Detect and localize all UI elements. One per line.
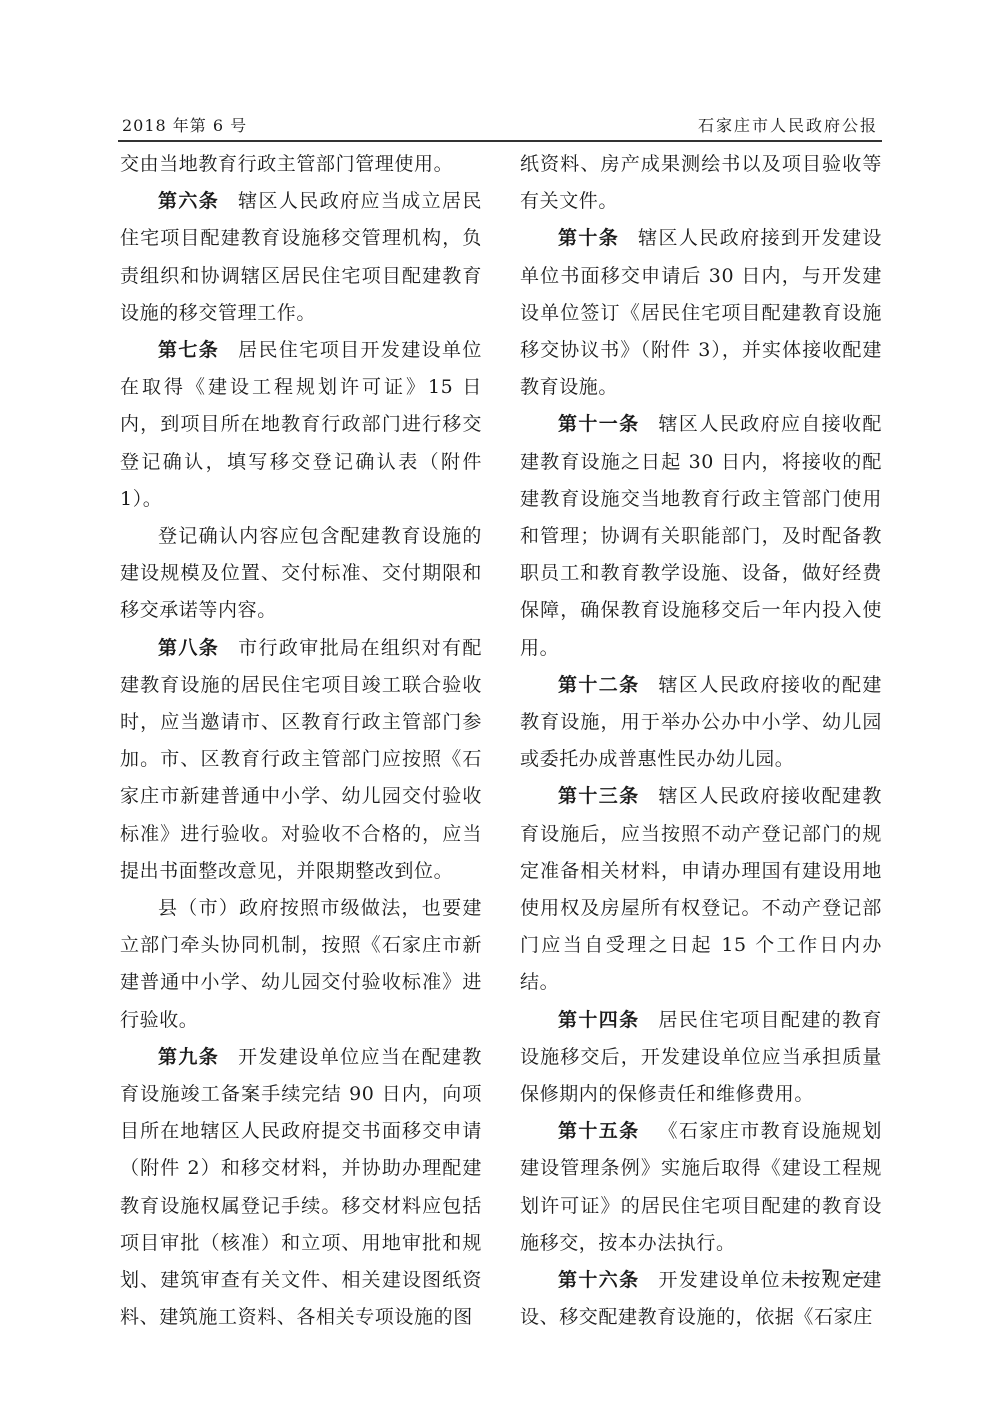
paragraph: 纸资料、房产成果测绘书以及项目验收等有关文件。 [520, 146, 882, 220]
article-12: 第十二条辖区人民政府接收的配建教育设施，用于举办公办中小学、幼儿园或委托办成普惠… [520, 667, 882, 779]
article-13: 第十三条辖区人民政府接收配建教育设施后，应当按照不动产登记部门的规定准备相关材料… [520, 778, 882, 1001]
article-number: 第十一条 [558, 413, 640, 435]
article-number: 第九条 [158, 1046, 219, 1068]
article-number: 第十二条 [558, 674, 640, 696]
article-number: 第六条 [158, 190, 219, 212]
paragraph: 登记确认内容应包含配建教育设施的建设规模及位置、交付标准、交付期限和移交承诺等内… [120, 518, 482, 630]
article-number: 第十六条 [558, 1269, 640, 1291]
article-number: 第十三条 [558, 785, 640, 807]
article-number: 第十五条 [558, 1120, 640, 1142]
publication-title: 石家庄市人民政府公报 [698, 113, 878, 136]
issue-label: 2018 年第 6 号 [122, 113, 247, 136]
paragraph-text: 市行政审批局在组织对有配建教育设施的居民住宅项目竣工联合验收时，应当邀请市、区教… [120, 637, 482, 882]
article-number: 第七条 [158, 339, 219, 361]
header-rule [118, 140, 882, 142]
running-header: 2018 年第 6 号 石家庄市人民政府公报 [118, 113, 882, 139]
left-column: 交由当地教育行政主管部门管理使用。 第六条辖区人民政府应当成立居民住宅项目配建教… [120, 146, 482, 1337]
article-number: 第八条 [158, 637, 219, 659]
article-6: 第六条辖区人民政府应当成立居民住宅项目配建教育设施移交管理机构，负责组织和协调辖… [120, 183, 482, 332]
paragraph: 县（市）政府按照市级做法，也要建立部门牵头协同机制，按照《石家庄市新建普通中小学… [120, 890, 482, 1039]
paragraph-text: 交由当地教育行政主管部门管理使用。 [120, 153, 453, 175]
paragraph-text: 登记确认内容应包含配建教育设施的建设规模及位置、交付标准、交付期限和移交承诺等内… [120, 525, 482, 621]
article-11: 第十一条辖区人民政府应自接收配建教育设施之日起 30 日内，将接收的配建教育设施… [520, 406, 882, 666]
right-column: 纸资料、房产成果测绘书以及项目验收等有关文件。 第十条辖区人民政府接到开发建设单… [520, 146, 882, 1337]
article-8: 第八条市行政审批局在组织对有配建教育设施的居民住宅项目竣工联合验收时，应当邀请市… [120, 630, 482, 890]
paragraph-text: 县（市）政府按照市级做法，也要建立部门牵头协同机制，按照《石家庄市新建普通中小学… [120, 897, 482, 1031]
paragraph: 交由当地教育行政主管部门管理使用。 [120, 146, 482, 183]
paragraph-text: 辖区人民政府接到开发建设单位书面移交申请后 30 日内，与开发建设单位签订《居民… [520, 227, 882, 398]
article-10: 第十条辖区人民政府接到开发建设单位书面移交申请后 30 日内，与开发建设单位签订… [520, 220, 882, 406]
article-7: 第七条居民住宅项目开发建设单位在取得《建设工程规划许可证》15 日内，到项目所在… [120, 332, 482, 518]
article-15: 第十五条《石家庄市教育设施规划建设管理条例》实施后取得《建设工程规划许可证》的居… [520, 1113, 882, 1262]
paragraph-text: 辖区人民政府接收配建教育设施后，应当按照不动产登记部门的规定准备相关材料，申请办… [520, 785, 882, 993]
article-number: 第十四条 [558, 1009, 640, 1031]
paragraph-text: 开发建设单位应当在配建教育设施竣工备案手续完结 90 日内，向项目所在地辖区人民… [120, 1046, 482, 1328]
article-number: 第十条 [558, 227, 619, 249]
paragraph-text: 居民住宅项目开发建设单位在取得《建设工程规划许可证》15 日内，到项目所在地教育… [120, 339, 482, 510]
paragraph-text: 辖区人民政府应自接收配建教育设施之日起 30 日内，将接收的配建教育设施交当地教… [520, 413, 882, 658]
article-9: 第九条开发建设单位应当在配建教育设施竣工备案手续完结 90 日内，向项目所在地辖… [120, 1039, 482, 1337]
page-number: — 7 — [790, 1266, 867, 1288]
paragraph-text: 纸资料、房产成果测绘书以及项目验收等有关文件。 [520, 153, 882, 212]
article-14: 第十四条居民住宅项目配建的教育设施移交后，开发建设单位应当承担质量保修期内的保修… [520, 1002, 882, 1114]
